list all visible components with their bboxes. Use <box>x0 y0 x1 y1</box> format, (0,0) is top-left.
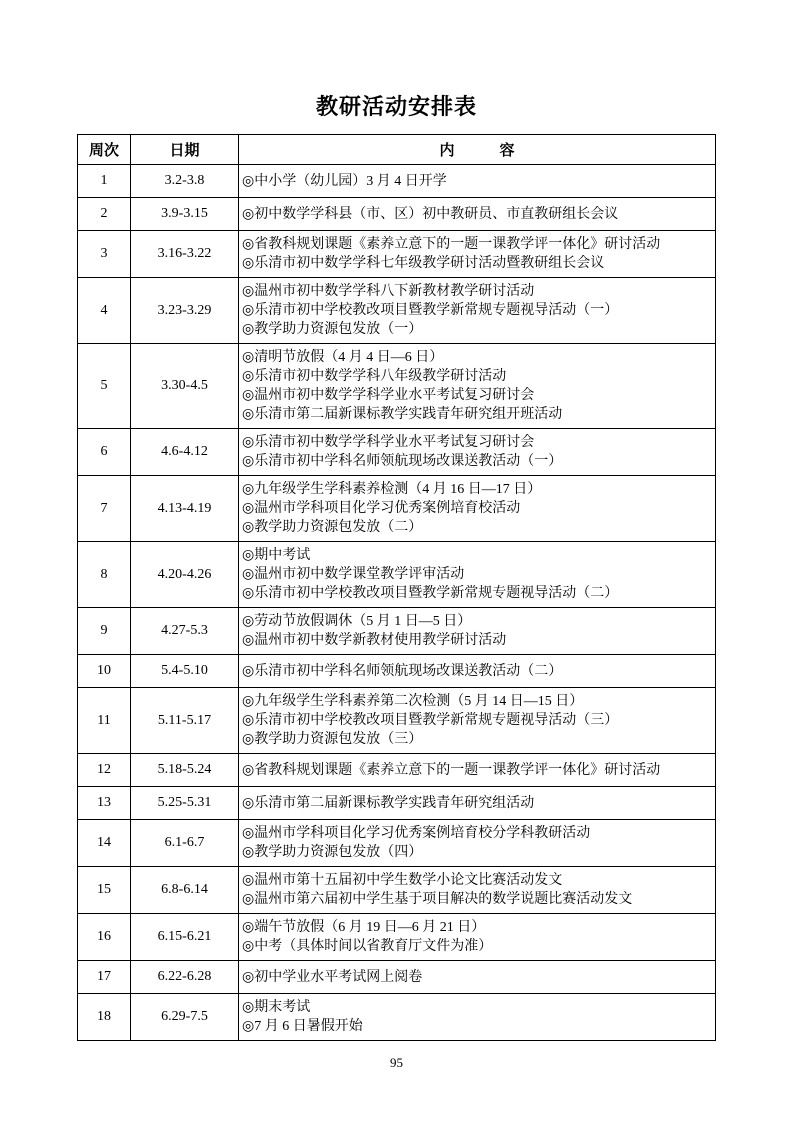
table-row: 13.2-3.8◎中小学（幼儿园）3 月 4 日开学 <box>78 165 716 198</box>
table-row: 64.6-4.12◎乐清市初中数学学科学业水平考试复习研讨会◎乐清市初中学科名师… <box>78 429 716 476</box>
content-cell: ◎初中数学学科县（市、区）初中教研员、市直教研组长会议 <box>239 198 716 231</box>
content-line: ◎乐清市初中学科名师领航现场改课送教活动（二） <box>242 662 711 681</box>
table-row: 105.4-5.10◎乐清市初中学科名师领航现场改课送教活动（二） <box>78 655 716 688</box>
content-cell: ◎中小学（幼儿园）3 月 4 日开学 <box>239 165 716 198</box>
week-cell: 11 <box>78 688 131 754</box>
content-line: ◎温州市初中数学学科八下新教材教学研讨活动 <box>242 282 711 301</box>
week-cell: 16 <box>78 914 131 961</box>
content-cell: ◎乐清市初中学科名师领航现场改课送教活动（二） <box>239 655 716 688</box>
date-cell: 5.25-5.31 <box>131 787 239 820</box>
week-cell: 9 <box>78 608 131 655</box>
date-cell: 6.22-6.28 <box>131 961 239 994</box>
content-line: ◎乐清市第二届新课标教学实践青年研究组开班活动 <box>242 405 711 424</box>
week-cell: 5 <box>78 344 131 429</box>
content-line: ◎省教科规划课题《素养立意下的一题一课教学评一体化》研讨活动 <box>242 761 711 780</box>
content-line: ◎九年级学生学科素养检测（4 月 16 日—17 日） <box>242 480 711 499</box>
table-row: 74.13-4.19◎九年级学生学科素养检测（4 月 16 日—17 日）◎温州… <box>78 476 716 542</box>
header-row: 周次 日期 内 容 <box>78 135 716 165</box>
table-row: 115.11-5.17◎九年级学生学科素养第二次检测（5 月 14 日—15 日… <box>78 688 716 754</box>
document-page: 教研活动安排表 周次 日期 内 容 13.2-3.8◎中小学（幼儿园）3 月 4… <box>0 0 793 1122</box>
week-cell: 2 <box>78 198 131 231</box>
content-line: ◎劳动节放假调休（5 月 1 日—5 日） <box>242 612 711 631</box>
week-cell: 14 <box>78 820 131 867</box>
content-line: ◎乐清市初中学校教改项目暨教学新常规专题视导活动（二） <box>242 584 711 603</box>
date-cell: 4.27-5.3 <box>131 608 239 655</box>
content-line: ◎乐清市初中学校教改项目暨教学新常规专题视导活动（一） <box>242 301 711 320</box>
content-cell: ◎九年级学生学科素养检测（4 月 16 日—17 日）◎温州市学科项目化学习优秀… <box>239 476 716 542</box>
content-line: ◎温州市初中数学新教材使用教学研讨活动 <box>242 631 711 650</box>
schedule-table: 周次 日期 内 容 13.2-3.8◎中小学（幼儿园）3 月 4 日开学23.9… <box>77 134 716 1041</box>
content-line: ◎中小学（幼儿园）3 月 4 日开学 <box>242 172 711 191</box>
content-line: ◎乐清市初中学校教改项目暨教学新常规专题视导活动（三） <box>242 711 711 730</box>
date-cell: 5.11-5.17 <box>131 688 239 754</box>
week-cell: 12 <box>78 754 131 787</box>
content-cell: ◎省教科规划课题《素养立意下的一题一课教学评一体化》研讨活动◎乐清市初中数学学科… <box>239 231 716 278</box>
content-line: ◎乐清市初中数学学科八年级教学研讨活动 <box>242 367 711 386</box>
table-body: 13.2-3.8◎中小学（幼儿园）3 月 4 日开学23.9-3.15◎初中数学… <box>78 165 716 1041</box>
content-cell: ◎乐清市初中数学学科学业水平考试复习研讨会◎乐清市初中学科名师领航现场改课送教活… <box>239 429 716 476</box>
content-line: ◎温州市初中数学学科学业水平考试复习研讨会 <box>242 386 711 405</box>
content-line: ◎教学助力资源包发放（三） <box>242 730 711 749</box>
content-line: ◎省教科规划课题《素养立意下的一题一课教学评一体化》研讨活动 <box>242 235 711 254</box>
content-line: ◎乐清市初中数学学科学业水平考试复习研讨会 <box>242 433 711 452</box>
content-line: ◎7 月 6 日暑假开始 <box>242 1017 711 1036</box>
date-cell: 6.1-6.7 <box>131 820 239 867</box>
page-number: 95 <box>0 1055 793 1071</box>
content-line: ◎乐清市第二届新课标教学实践青年研究组活动 <box>242 794 711 813</box>
table-row: 146.1-6.7◎温州市学科项目化学习优秀案例培育校分学科教研活动◎教学助力资… <box>78 820 716 867</box>
week-cell: 7 <box>78 476 131 542</box>
week-cell: 6 <box>78 429 131 476</box>
content-cell: ◎温州市初中数学学科八下新教材教学研讨活动◎乐清市初中学校教改项目暨教学新常规专… <box>239 278 716 344</box>
date-cell: 4.13-4.19 <box>131 476 239 542</box>
content-cell: ◎乐清市第二届新课标教学实践青年研究组活动 <box>239 787 716 820</box>
content-cell: ◎初中学业水平考试网上阅卷 <box>239 961 716 994</box>
page-title: 教研活动安排表 <box>0 0 793 121</box>
date-cell: 3.23-3.29 <box>131 278 239 344</box>
content-line: ◎温州市初中数学课堂教学评审活动 <box>242 565 711 584</box>
content-cell: ◎九年级学生学科素养第二次检测（5 月 14 日—15 日）◎乐清市初中学校教改… <box>239 688 716 754</box>
content-line: ◎乐清市初中学科名师领航现场改课送教活动（一） <box>242 452 711 471</box>
content-line: ◎温州市学科项目化学习优秀案例培育校活动 <box>242 499 711 518</box>
content-cell: ◎期末考试◎7 月 6 日暑假开始 <box>239 994 716 1041</box>
content-line: ◎期中考试 <box>242 546 711 565</box>
table-row: 33.16-3.22◎省教科规划课题《素养立意下的一题一课教学评一体化》研讨活动… <box>78 231 716 278</box>
date-cell: 6.15-6.21 <box>131 914 239 961</box>
date-cell: 4.20-4.26 <box>131 542 239 608</box>
date-cell: 4.6-4.12 <box>131 429 239 476</box>
table-row: 166.15-6.21◎端午节放假（6 月 19 日—6 月 21 日）◎中考（… <box>78 914 716 961</box>
date-cell: 6.29-7.5 <box>131 994 239 1041</box>
week-cell: 4 <box>78 278 131 344</box>
table-row: 176.22-6.28◎初中学业水平考试网上阅卷 <box>78 961 716 994</box>
week-cell: 3 <box>78 231 131 278</box>
week-cell: 17 <box>78 961 131 994</box>
week-cell: 18 <box>78 994 131 1041</box>
content-line: ◎教学助力资源包发放（一） <box>242 320 711 339</box>
week-cell: 13 <box>78 787 131 820</box>
content-line: ◎中考（具体时间以省教育厅文件为准） <box>242 937 711 956</box>
date-cell: 3.30-4.5 <box>131 344 239 429</box>
content-line: ◎乐清市初中数学学科七年级教学研讨活动暨教研组长会议 <box>242 254 711 273</box>
table-row: 94.27-5.3◎劳动节放假调休（5 月 1 日—5 日）◎温州市初中数学新教… <box>78 608 716 655</box>
date-cell: 3.9-3.15 <box>131 198 239 231</box>
content-cell: ◎劳动节放假调休（5 月 1 日—5 日）◎温州市初中数学新教材使用教学研讨活动 <box>239 608 716 655</box>
content-line: ◎温州市第十五届初中学生数学小论文比赛活动发文 <box>242 871 711 890</box>
header-content: 内 容 <box>239 135 716 165</box>
content-line: ◎温州市第六届初中学生基于项目解决的数学说题比赛活动发文 <box>242 890 711 909</box>
table-row: 186.29-7.5◎期末考试◎7 月 6 日暑假开始 <box>78 994 716 1041</box>
content-line: ◎温州市学科项目化学习优秀案例培育校分学科教研活动 <box>242 824 711 843</box>
content-line: ◎九年级学生学科素养第二次检测（5 月 14 日—15 日） <box>242 692 711 711</box>
week-cell: 15 <box>78 867 131 914</box>
date-cell: 5.4-5.10 <box>131 655 239 688</box>
week-cell: 1 <box>78 165 131 198</box>
table-row: 84.20-4.26◎期中考试◎温州市初中数学课堂教学评审活动◎乐清市初中学校教… <box>78 542 716 608</box>
content-cell: ◎温州市第十五届初中学生数学小论文比赛活动发文◎温州市第六届初中学生基于项目解决… <box>239 867 716 914</box>
content-cell: ◎端午节放假（6 月 19 日—6 月 21 日）◎中考（具体时间以省教育厅文件… <box>239 914 716 961</box>
content-cell: ◎省教科规划课题《素养立意下的一题一课教学评一体化》研讨活动 <box>239 754 716 787</box>
content-cell: ◎期中考试◎温州市初中数学课堂教学评审活动◎乐清市初中学校教改项目暨教学新常规专… <box>239 542 716 608</box>
content-line: ◎初中学业水平考试网上阅卷 <box>242 968 711 987</box>
table-row: 23.9-3.15◎初中数学学科县（市、区）初中教研员、市直教研组长会议 <box>78 198 716 231</box>
content-line: ◎初中数学学科县（市、区）初中教研员、市直教研组长会议 <box>242 205 711 224</box>
date-cell: 5.18-5.24 <box>131 754 239 787</box>
date-cell: 3.2-3.8 <box>131 165 239 198</box>
table-row: 43.23-3.29◎温州市初中数学学科八下新教材教学研讨活动◎乐清市初中学校教… <box>78 278 716 344</box>
content-line: ◎期末考试 <box>242 998 711 1017</box>
date-cell: 6.8-6.14 <box>131 867 239 914</box>
week-cell: 10 <box>78 655 131 688</box>
table-row: 156.8-6.14◎温州市第十五届初中学生数学小论文比赛活动发文◎温州市第六届… <box>78 867 716 914</box>
date-cell: 3.16-3.22 <box>131 231 239 278</box>
content-line: ◎清明节放假（4 月 4 日—6 日） <box>242 348 711 367</box>
week-cell: 8 <box>78 542 131 608</box>
header-date: 日期 <box>131 135 239 165</box>
content-line: ◎教学助力资源包发放（四） <box>242 843 711 862</box>
table-row: 125.18-5.24◎省教科规划课题《素养立意下的一题一课教学评一体化》研讨活… <box>78 754 716 787</box>
table-row: 53.30-4.5◎清明节放假（4 月 4 日—6 日）◎乐清市初中数学学科八年… <box>78 344 716 429</box>
table-row: 135.25-5.31◎乐清市第二届新课标教学实践青年研究组活动 <box>78 787 716 820</box>
content-cell: ◎清明节放假（4 月 4 日—6 日）◎乐清市初中数学学科八年级教学研讨活动◎温… <box>239 344 716 429</box>
content-line: ◎教学助力资源包发放（二） <box>242 518 711 537</box>
content-cell: ◎温州市学科项目化学习优秀案例培育校分学科教研活动◎教学助力资源包发放（四） <box>239 820 716 867</box>
header-week: 周次 <box>78 135 131 165</box>
content-line: ◎端午节放假（6 月 19 日—6 月 21 日） <box>242 918 711 937</box>
